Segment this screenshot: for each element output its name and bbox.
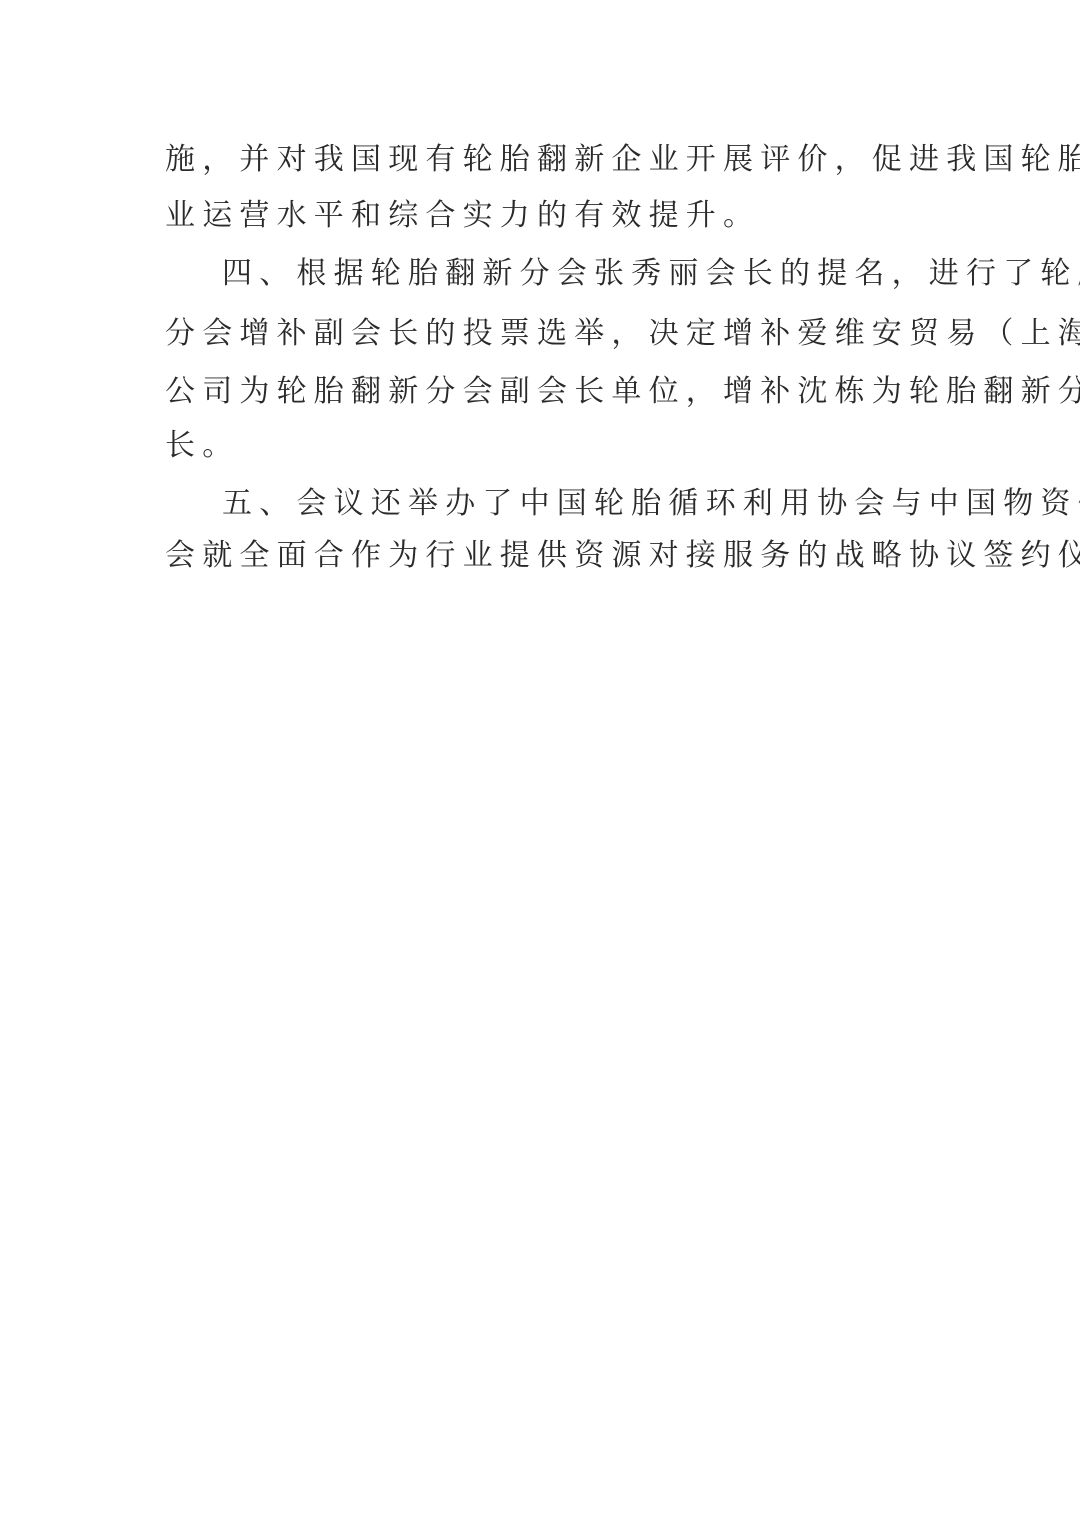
text-line: 业运营水平和综合实力的有效提升。 [165, 196, 925, 236]
text-line: 长。 [165, 426, 925, 466]
text-line: 分会增补副会长的投票选举，决定增补爱维安贸易（上海）有限 [165, 314, 925, 354]
document-page: 施，并对我国现有轮胎翻新企业开展评价，促进我国轮胎翻新企 业运营水平和综合实力的… [0, 0, 1080, 1527]
text-line: 四、根据轮胎翻新分会张秀丽会长的提名，进行了轮胎翻新 [222, 254, 982, 294]
text-line: 施，并对我国现有轮胎翻新企业开展评价，促进我国轮胎翻新企 [165, 140, 925, 180]
text-line: 公司为轮胎翻新分会副会长单位，增补沈栋为轮胎翻新分会副会 [165, 372, 925, 412]
text-line: 五、会议还举办了中国轮胎循环利用协会与中国物资储运协 [222, 484, 982, 524]
text-line: 会就全面合作为行业提供资源对接服务的战略协议签约仪式。 [165, 536, 925, 576]
